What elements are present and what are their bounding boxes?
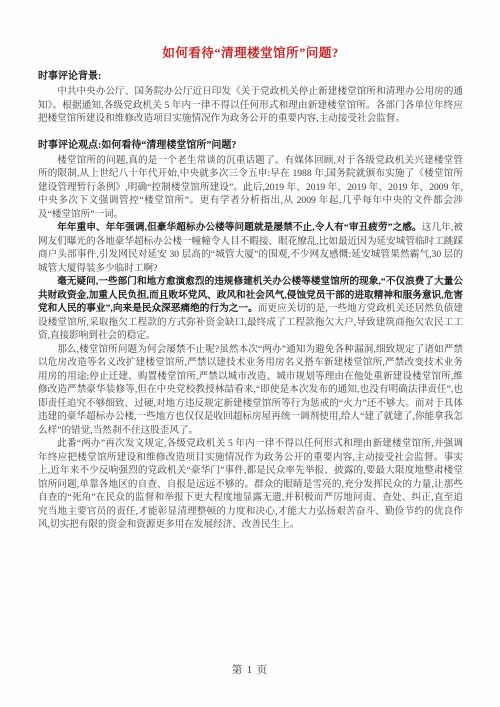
document-page: 如何看待“清理楼堂馆所”问题? 时事评论背景: 中共中央办公厅、国务院办公厅近日… (0, 0, 500, 707)
paragraph: 此番“两办”再次发文规定,各级党政机关 5 年内一律不得以任何形式和理由新建楼堂… (38, 437, 463, 532)
document-title: 如何看待“清理楼堂馆所”问题? (38, 46, 463, 61)
document-content: 如何看待“清理楼堂馆所”问题? 时事评论背景: 中共中央办公厅、国务院办公厅近日… (0, 0, 500, 532)
section-viewpoint-heading: 时事评论观点:如何看待“清理楼堂馆所”问题? (38, 139, 463, 153)
paragraph: 年年重申、年年强调,但豪华超标办公楼等问题就是屡禁不止,令人有“审丑疲劳”之感。… (38, 221, 463, 275)
paragraph-text: 此番“两办”再次发文规定,各级党政机关 5 年内一律不得以任何形式和理由新建楼堂… (38, 438, 463, 530)
paragraph: 毫无疑问,一些部门和地方愈演愈烈的违规修建机关办公楼等楼堂馆所的现象,“不仅浪费… (38, 275, 463, 343)
paragraph: 楼堂馆所的问题,真的是一个老生常谈的沉重话题了。有媒体回顾,对于各级党政机关兴建… (38, 154, 463, 222)
paragraph: 中共中央办公厅、国务院办公厅近日印发《关于党政机关停止新建楼堂馆所和清理办公用房… (38, 85, 463, 126)
paragraph-bold-lead: 年年重申、年年强调,但豪华超标办公楼等问题就是屡禁不止,令人有“审丑疲劳”之感。 (57, 222, 422, 233)
section-background-heading: 时事评论背景: (38, 70, 463, 84)
section-viewpoint: 时事评论观点:如何看待“清理楼堂馆所”问题? 楼堂馆所的问题,真的是一个老生常谈… (38, 139, 463, 532)
paragraph: 那么,楼堂馆所问题为何会屡禁不止呢?虽然本次“两办”通知为避免各种漏洞,细致规定… (38, 343, 463, 438)
paragraph-text: 楼堂馆所的问题,真的是一个老生常谈的沉重话题了。有媒体回顾,对于各级党政机关兴建… (38, 155, 463, 220)
paragraph-text: 那么,楼堂馆所问题为何会屡禁不止呢?虽然本次“两办”通知为避免各种漏洞,细致规定… (38, 344, 463, 436)
paragraph-text: 中共中央办公厅、国务院办公厅近日印发《关于党政机关停止新建楼堂馆所和清理办公用房… (38, 86, 463, 124)
page-number-footer: 第 1 页 (0, 662, 500, 677)
section-background: 时事评论背景: 中共中央办公厅、国务院办公厅近日印发《关于党政机关停止新建楼堂馆… (38, 70, 463, 126)
